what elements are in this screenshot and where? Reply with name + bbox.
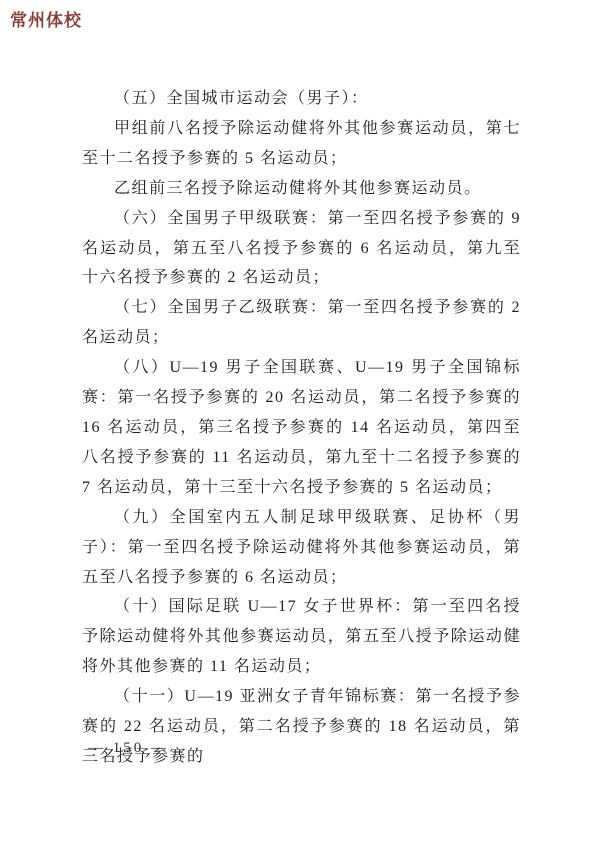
paragraph-item-11: （十一）U—19 亚洲女子青年锦标赛：第一名授予参赛的 22 名运动员，第二名授… (82, 682, 521, 772)
paragraph-item-5-heading: （五）全国城市运动会（男子）： (82, 84, 521, 114)
paragraph-item-10: （十）国际足联 U—17 女子世界杯：第一至四名授予除运动健将外其他参赛运动员，… (82, 592, 521, 682)
paragraph-group-a: 甲组前八名授予除运动健将外其他参赛运动员，第七至十二名授予参赛的 5 名运动员； (82, 114, 521, 174)
paragraph-item-6: （六）全国男子甲级联赛：第一至四名授予参赛的 9 名运动员，第五至八名授予参赛的… (82, 204, 521, 294)
paragraph-group-b: 乙组前三名授予除运动健将外其他参赛运动员。 (82, 174, 521, 204)
paragraph-item-8: （八）U—19 男子全国联赛、U—19 男子全国锦标赛：第一名授予参赛的 20 … (82, 353, 521, 503)
page-number: — 150 — (88, 740, 169, 757)
document-page: 常州体校 （五）全国城市运动会（男子）： 甲组前八名授予除运动健将外其他参赛运动… (0, 0, 600, 850)
paragraph-item-9: （九）全国室内五人制足球甲级联赛、足协杯（男子）：第一至四名授予除运动健将外其他… (82, 503, 521, 593)
watermark-stamp: 常州体校 (10, 6, 82, 31)
paragraph-item-7: （七）全国男子乙级联赛：第一至四名授予参赛的 2 名运动员； (82, 293, 521, 353)
body-text-block: （五）全国城市运动会（男子）： 甲组前八名授予除运动健将外其他参赛运动员，第七至… (82, 84, 521, 772)
